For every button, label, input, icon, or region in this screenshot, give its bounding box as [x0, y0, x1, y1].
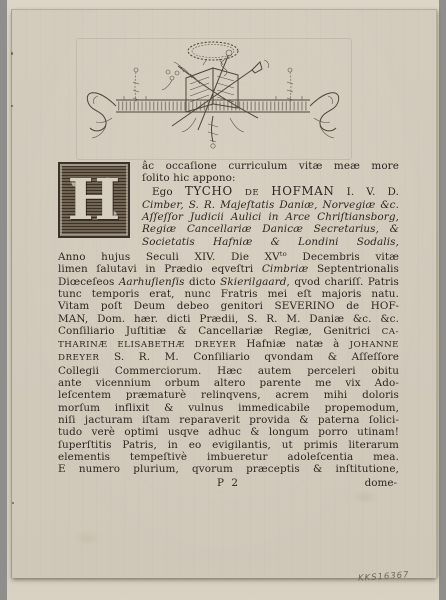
hanging-garland-left-icon: [133, 68, 139, 102]
text-segment: Cimber, S. R. Majeſtatis Daniæ, Norvegiæ…: [142, 199, 399, 211]
direction-line: P 2 dome-: [58, 477, 399, 491]
text-segment: TYCHO: [185, 184, 233, 198]
text-segment: Skierilgaard: [220, 276, 286, 288]
text-line: E numero plurium, qvorum præceptis & inſ…: [58, 463, 399, 475]
text-line: ante vicennium orbum altero parente me v…: [58, 377, 399, 389]
text-segment: ante vicennium orbum altero parente me v…: [58, 377, 399, 389]
paper-speck: [11, 52, 13, 55]
paper-speck: [11, 105, 13, 107]
catchword: dome-: [365, 477, 397, 489]
text-segment: Cimbriæ: [262, 263, 309, 275]
text-line: limen ſalutavi in Prædio eqveſtri Cimbri…: [58, 263, 399, 275]
text-line: THARINÆ ELISABETHÆ DREYER Hafniæ natæ à …: [58, 338, 399, 351]
foxing-stain: [72, 530, 102, 546]
text-segment: Diœceſeos: [58, 276, 119, 288]
text-line: tunc temporis erat, nunc Fratris mei eſt…: [58, 288, 399, 300]
text-segment: Vitam poſt Deum debeo genitori SEVERINO …: [58, 300, 399, 312]
text-line: Collegii Commerciorum. Hæc autem percele…: [58, 365, 399, 377]
text-line: âc occaſione curriculum vitæ meæ more: [142, 160, 399, 172]
text-segment: limen ſalutavi in Prædio eqveſtri: [58, 263, 262, 275]
text-segment: Regiæ Cancellariæ Danicæ Secretarius, &: [142, 223, 399, 235]
hanging-garland-right-icon: [287, 68, 293, 102]
text-line: leſcentem præmaturè relinqvens, acrem mi…: [58, 389, 399, 401]
pendant-husk-icon: [182, 116, 244, 148]
text-segment: [259, 186, 271, 198]
printed-page: H âc occaſione curriculum vitæ meæ moreſ…: [11, 9, 437, 578]
foxing-stain: [352, 490, 378, 504]
text-segment: Septentrionalis: [308, 263, 399, 275]
headpiece-engraving: [76, 26, 350, 158]
text-segment: THARINÆ ELISABETHÆ DREYER: [58, 340, 236, 350]
text-segment: Aarhuſienſis: [119, 276, 185, 288]
text-segment: I. V. D.: [335, 186, 399, 198]
text-segment: Conſiliario Juſtitiæ & Cancellariæ Regiæ…: [58, 325, 382, 337]
woodcut-initial: H: [58, 162, 130, 238]
text-segment: Hafniæ natæ à: [236, 338, 349, 350]
text-line: Societatis Hafniæ & Londini Sodalis,: [142, 236, 399, 248]
text-segment: to: [280, 250, 287, 258]
laurel-wreath-icon: [188, 42, 238, 65]
text-segment: elementis tempeſtivè imbueretur adoleſce…: [58, 451, 399, 463]
text-segment: Ego: [152, 186, 185, 198]
text-line: Vitam poſt Deum debeo genitori SEVERINO …: [58, 300, 399, 312]
text-segment: tunc temporis erat, nunc Fratris mei eſt…: [58, 288, 399, 300]
text-segment: Aſſeſſor Judicii Aulici in Arce Chriſtia…: [142, 211, 399, 223]
text-line: Aſſeſſor Judicii Aulici in Arce Chriſtia…: [142, 211, 399, 223]
text-line: Conſiliario Juſtitiæ & Cancellariæ Regiæ…: [58, 325, 399, 338]
text-line: Cimber, S. R. Majeſtatis Daniæ, Norvegiæ…: [142, 199, 399, 211]
text-segment: dicto: [185, 276, 221, 288]
text-segment: DREYER: [58, 353, 99, 363]
text-segment: niſi jacturam iſtam reparaverit provida …: [58, 414, 399, 426]
text-line: Diœceſeos Aarhuſienſis dicto Skierilgaar…: [58, 276, 399, 288]
opening-lines: âc occaſione curriculum vitæ meæ moreſol…: [142, 160, 399, 248]
text-line: Regiæ Cancellariæ Danicæ Secretarius, &: [142, 223, 399, 235]
text-segment: âc occaſione curriculum vitæ meæ more: [142, 160, 399, 172]
text-line: morſum inflixit & vulnus immedicabile pr…: [58, 402, 399, 414]
photograph-of-printed-leaf: H âc occaſione curriculum vitæ meæ moreſ…: [0, 0, 446, 600]
text-segment: JOHANNE: [350, 340, 400, 350]
scroll-ornament-right-icon: [310, 93, 339, 138]
text-segment: HOFMAN: [271, 184, 334, 198]
signature-mark: P 2: [217, 477, 240, 489]
text-line: ſuperſtitis Patris, in eo evigilantis, u…: [58, 439, 399, 451]
text-segment: [233, 186, 245, 198]
dropcap-letter: H: [68, 172, 121, 228]
text-line: Ego TYCHO DE HOFMAN I. V. D.: [142, 185, 399, 199]
scroll-ornament-left-icon: [87, 93, 116, 138]
text-segment: S. R. M. Conſiliario qvondam & Aſſeſſore: [99, 351, 399, 363]
paper-speck: [12, 502, 14, 504]
caduceus-icon: [198, 50, 232, 130]
text-segment: MAN, Dom. hær. dicti Prædii, S. R. M. Da…: [58, 313, 399, 325]
text-segment: , qvod chariſſ. Patris: [287, 276, 399, 288]
text-line: tudo verè optimi usqve adhuc & longum po…: [58, 426, 399, 438]
text-segment: ſuperſtitis Patris, in eo evigilantis, u…: [58, 439, 399, 451]
text-segment: E numero plurium, qvorum præceptis & inſ…: [58, 463, 399, 475]
text-segment: CA-: [382, 327, 399, 337]
text-block: H âc occaſione curriculum vitæ meæ moreſ…: [58, 160, 399, 491]
text-segment: DE: [245, 188, 259, 198]
flower-sprig-icon: [162, 70, 179, 90]
text-segment: ſolito hic appono:: [142, 172, 236, 184]
text-segment: tudo verè optimi usqve adhuc & longum po…: [58, 426, 399, 438]
text-segment: leſcentem præmaturè relinqvens, acrem mi…: [58, 389, 399, 401]
text-segment: Societatis Hafniæ & Londini Sodalis,: [142, 236, 399, 248]
text-line: DREYER S. R. M. Conſiliario qvondam & Aſ…: [58, 351, 399, 364]
text-line: MAN, Dom. hær. dicti Prædii, S. R. M. Da…: [58, 313, 399, 325]
text-segment: morſum inflixit & vulnus immedicabile pr…: [58, 402, 399, 414]
text-line: elementis tempeſtivè imbueretur adoleſce…: [58, 451, 399, 463]
text-segment: Collegii Commerciorum. Hæc autem percele…: [58, 365, 399, 377]
text-segment: Anno hujus Seculi XIV. Die XV: [58, 251, 280, 263]
text-line: Anno hujus Seculi XIV. Die XVto Decembri…: [58, 248, 399, 263]
headpiece-vignette: [76, 26, 350, 158]
main-lines: Anno hujus Seculi XIV. Die XVto Decembri…: [58, 248, 399, 475]
text-line: niſi jacturam iſtam reparaverit provida …: [58, 414, 399, 426]
text-segment: Decembris vitæ: [287, 251, 399, 263]
